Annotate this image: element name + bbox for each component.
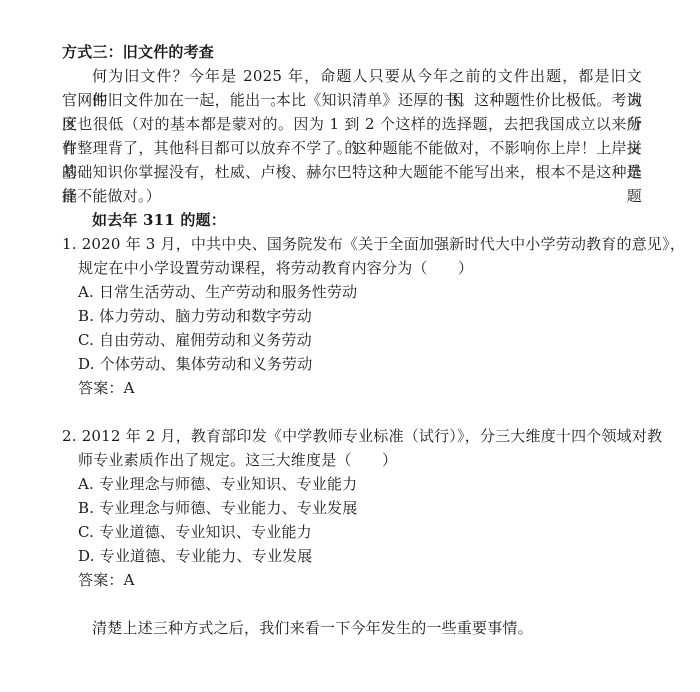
- question-2-option-b: B. 专业理念与师德、专业能力、专业发展: [62, 496, 642, 520]
- question-1-option-b: B. 体力劳动、脑力劳动和数字劳动: [62, 304, 642, 328]
- intro-line-2: 官网的旧文件加在一起，能出一本比《知识清单》还厚的书。这种题性价比极低。考试区分: [62, 88, 642, 112]
- example-label: 如去年 311 的题：: [62, 208, 642, 232]
- question-1: 1. 2020 年 3 月，中共中央、国务院发布《关于全面加强新时代大中小学劳动…: [62, 232, 642, 400]
- question-1-number: 1.: [62, 235, 77, 253]
- spacer: [62, 592, 642, 616]
- document-page: 方式三：旧文件的考查 何为旧文件？今年是 2025 年，命题人只要从今年之前的文…: [62, 40, 642, 640]
- question-1-stem-line-2: 规定在中小学设置劳动课程，将劳动教育内容分为（ ）: [62, 256, 642, 280]
- question-2-answer: 答案：A: [62, 568, 642, 592]
- question-1-stem-line-1: 1. 2020 年 3 月，中共中央、国务院发布《关于全面加强新时代大中小学劳动…: [62, 232, 642, 256]
- spacer: [62, 400, 642, 424]
- question-1-stem-text-1: 2020 年 3 月，中共中央、国务院发布《关于全面加强新时代大中小学劳动教育的…: [82, 235, 685, 253]
- closing-paragraph: 清楚上述三种方式之后，我们来看一下今年发生的一些重要事情。: [62, 616, 642, 640]
- question-2-stem-text-1: 2012 年 2 月，教育部印发《中学教师专业标准（试行）》，分三大维度十四个领…: [82, 427, 663, 445]
- question-2-option-c: C. 专业道德、专业知识、专业能力: [62, 520, 642, 544]
- question-1-option-a: A. 日常生活劳动、生产劳动和服务性劳动: [62, 280, 642, 304]
- question-1-answer: 答案：A: [62, 376, 642, 400]
- question-2-option-a: A. 专业理念与师德、专业知识、专业能力: [62, 472, 642, 496]
- intro-line-3: 度也很低（对的基本都是蒙对的。因为 1 到 2 个这样的选择题，去把我国成立以来…: [62, 112, 642, 136]
- intro-line-1: 何为旧文件？今年是 2025 年，命题人只要从今年之前的文件出题，都是旧文件。因…: [62, 64, 642, 88]
- question-1-option-c: C. 自由劳动、雇佣劳动和义务劳动: [62, 328, 642, 352]
- section-title: 方式三：旧文件的考查: [62, 40, 642, 64]
- question-1-option-d: D. 个体劳动、集体劳动和义务劳动: [62, 352, 642, 376]
- question-2-number: 2.: [62, 427, 77, 445]
- question-2-option-d: D. 专业道德、专业能力、专业发展: [62, 544, 642, 568]
- question-2: 2. 2012 年 2 月，教育部印发《中学教师专业标准（试行）》，分三大维度十…: [62, 424, 642, 592]
- question-2-stem-line-1: 2. 2012 年 2 月，教育部印发《中学教师专业标准（试行）》，分三大维度十…: [62, 424, 642, 448]
- intro-line-5: 基础知识你掌握没有，杜威、卢梭、赫尔巴特这种大题能不能写出来，根本不是这种选择题: [62, 160, 642, 184]
- question-2-stem-line-2: 师专业素质作出了规定。这三大维度是（ ）: [62, 448, 642, 472]
- intro-line-4: 件整理背了，其他科目都可以放弃不学了。这种题能不能做对，不影响你上岸！上岸拼的是: [62, 136, 642, 160]
